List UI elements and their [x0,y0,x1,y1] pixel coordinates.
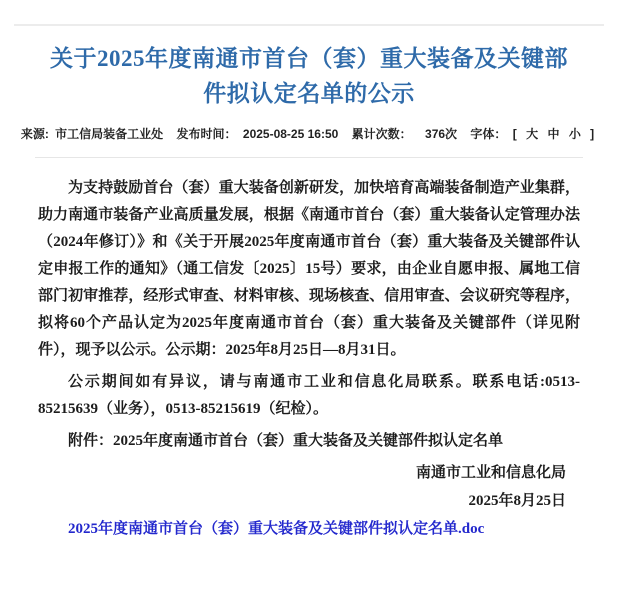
page-title: 关于2025年度南通市首台（套）重大装备及关键部件拟认定名单的公示 [40,42,578,111]
attachment-doc-link[interactable]: 2025年度南通市首台（套）重大装备及关键部件拟认定名单.doc [68,521,484,537]
font-size-label: 字体： [470,127,506,141]
source-value: 市工信局装备工业处 [55,127,163,141]
announcement-page: 关于2025年度南通市首台（套）重大装备及关键部件拟认定名单的公示 来源: 市工… [0,0,618,606]
paragraph-attachment-note: 附件：2025年度南通市首台（套）重大装备及关键部件拟认定名单 [38,428,580,455]
font-size-small-button[interactable]: 小 [569,127,581,141]
meta-bar: 来源: 市工信局装备工业处 发布时间： 2025-08-25 16:50 累计次… [0,125,618,142]
paragraph-intro: 为支持鼓励首台（套）重大装备创新研发，加快培育高端装备制造产业集群，助力南通市装… [38,175,580,364]
font-size-medium-button[interactable]: 中 [547,127,559,141]
signature-date: 2025年8月25日 [38,488,566,515]
signature-agency: 南通市工业和信息化局 [38,460,566,487]
font-size-large-button[interactable]: 大 [526,127,538,141]
attachment-row: 2025年度南通市首台（套）重大装备及关键部件拟认定名单.doc [38,516,580,543]
publish-time-value: 2025-08-25 16:50 [243,127,338,141]
publish-time-label: 发布时间： [177,127,237,141]
views-label: 累计次数： [352,127,412,141]
top-divider [14,24,604,26]
meta-divider [35,157,583,158]
announcement-body: 为支持鼓励首台（套）重大装备创新研发，加快培育高端装备制造产业集群，助力南通市装… [38,175,580,543]
source-label: 来源: [21,127,49,141]
views-value: 376次 [425,127,457,141]
font-bracket-open: [ [513,127,517,141]
font-bracket-close: ] [590,127,594,141]
paragraph-contact: 公示期间如有异议，请与南通市工业和信息化局联系。联系电话:0513-852156… [38,369,580,423]
